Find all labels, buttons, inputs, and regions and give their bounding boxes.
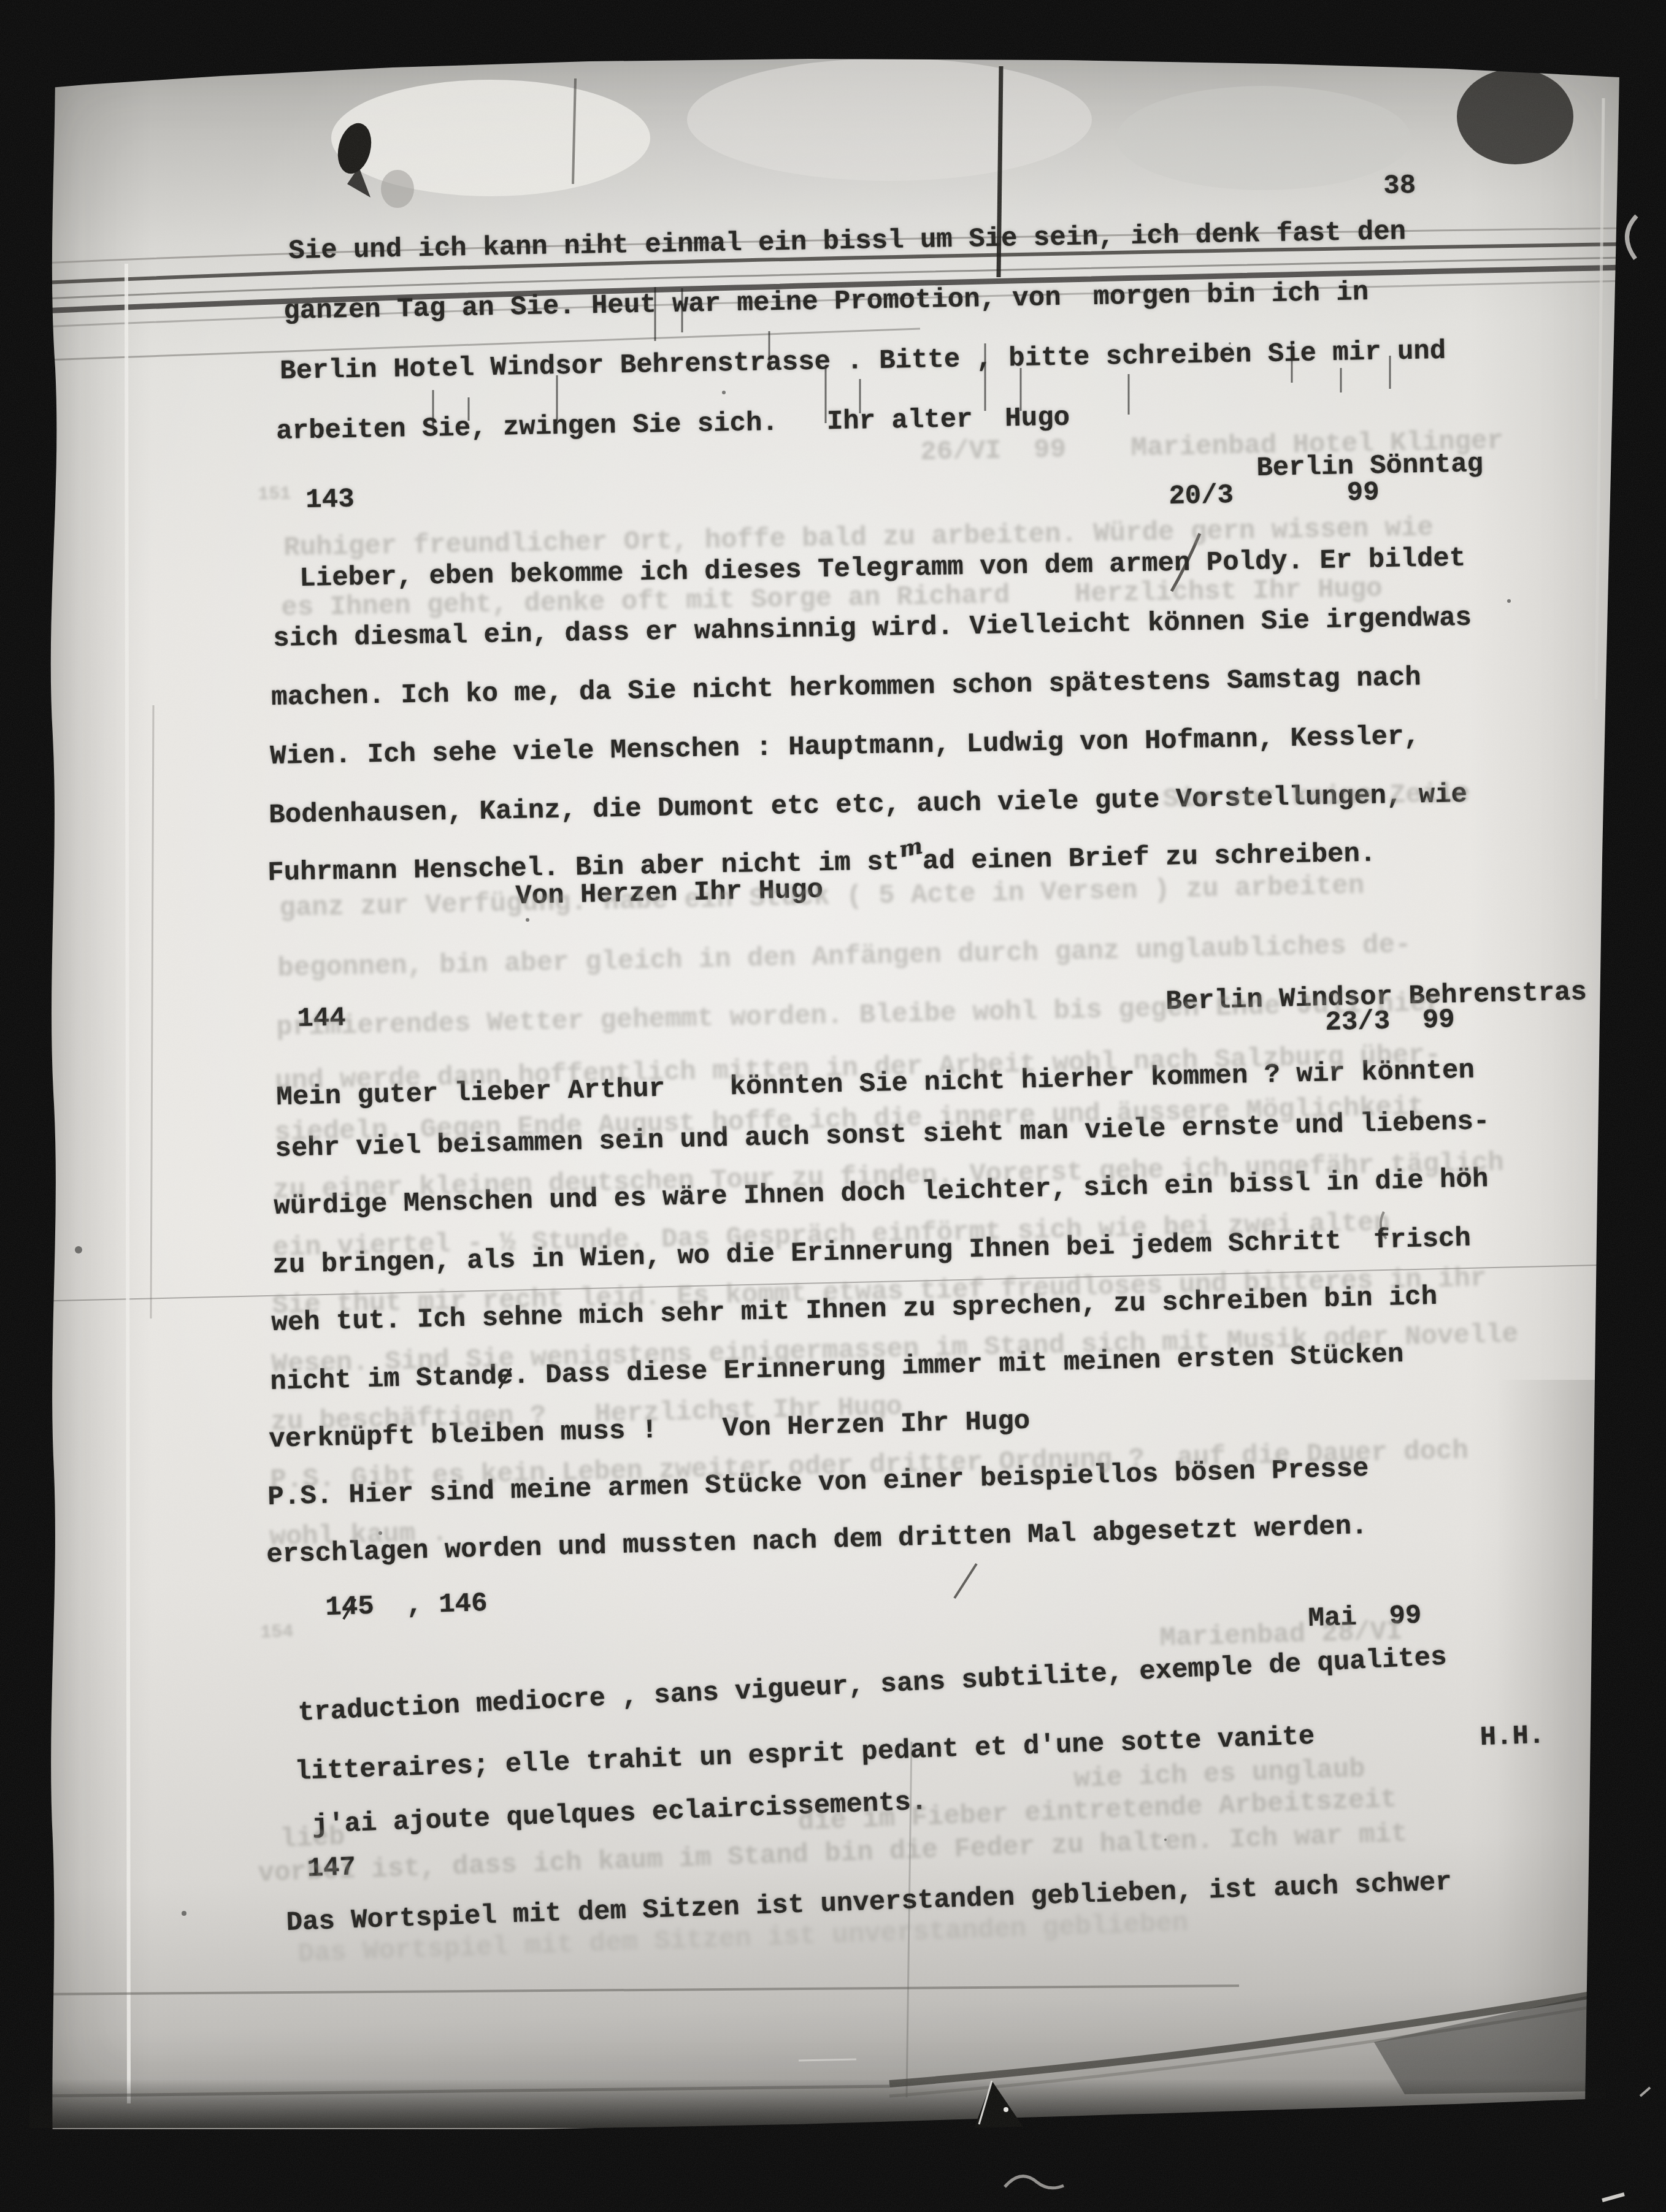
scratch-mark [799,2059,856,2061]
film-border-right [1584,0,1666,2212]
film-border-left [0,0,56,2212]
photographed-typescript-page: 38 Sie und ich kann niht einmal ein biss… [0,0,1666,2212]
film-border-top [0,0,1666,92]
film-frame-layer [0,0,1666,2212]
page-edge-sliver [1596,98,1603,699]
